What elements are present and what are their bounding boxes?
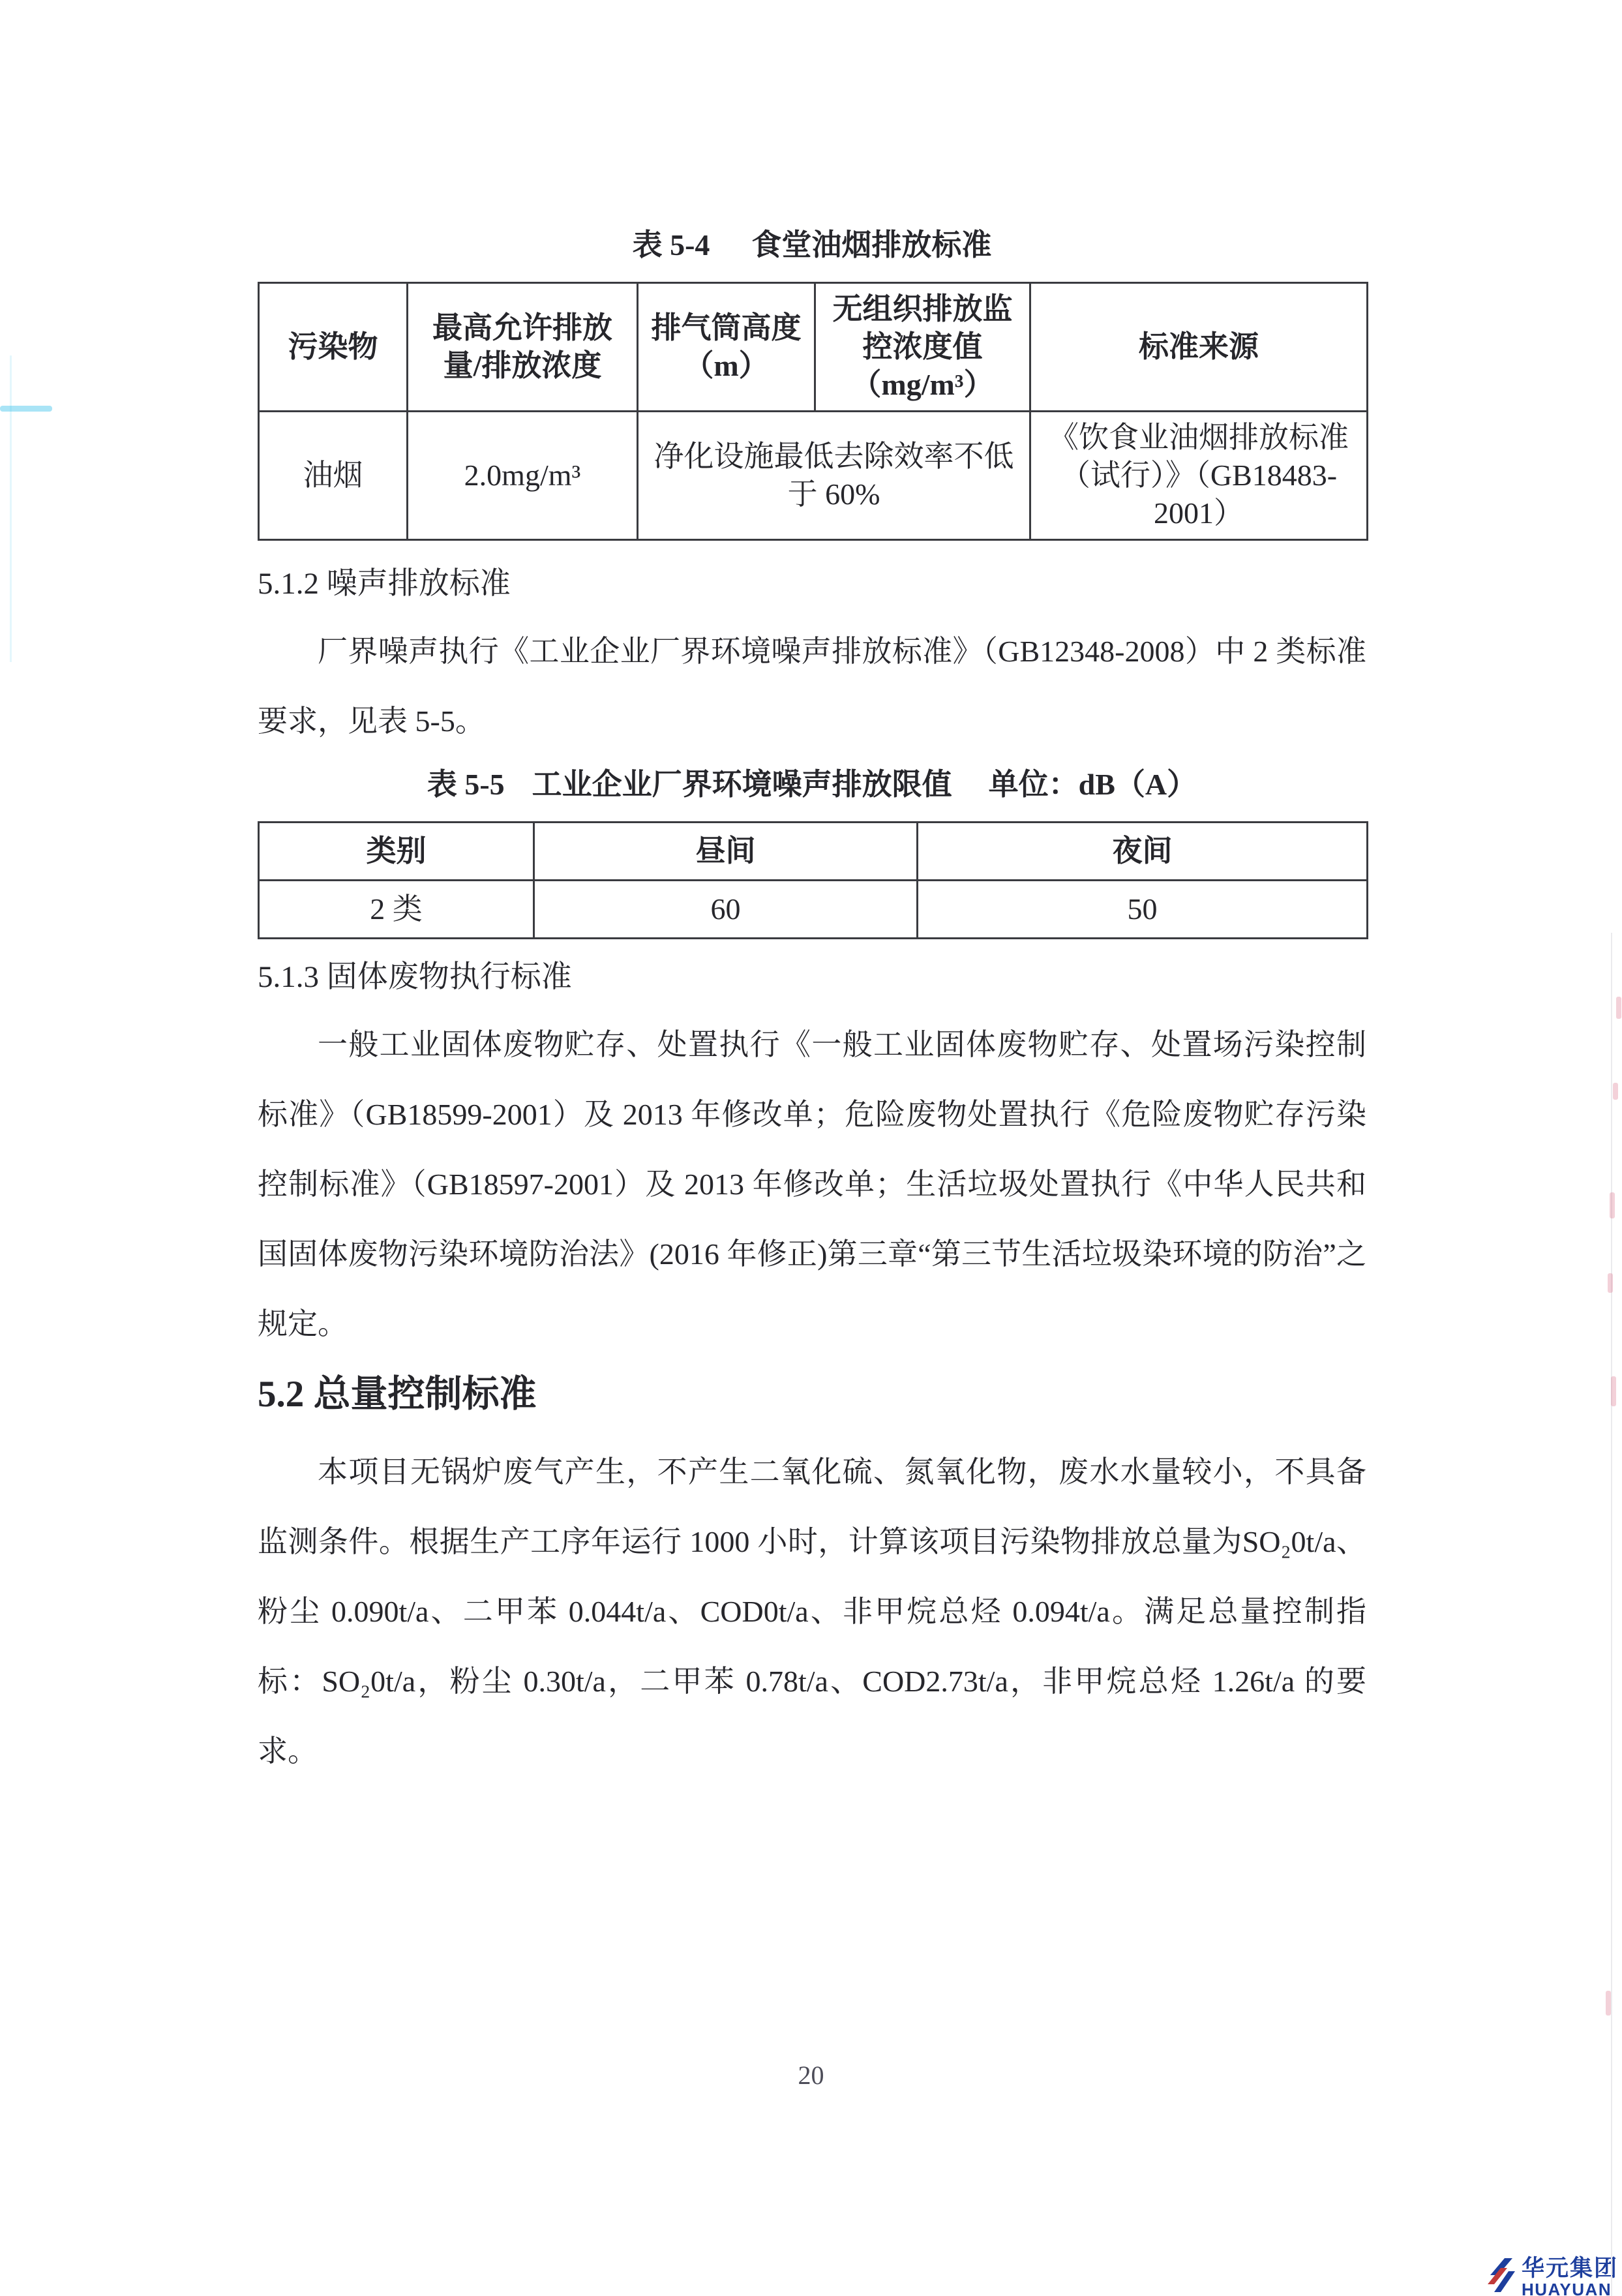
huayuan-logo: 华元集团 HUAYUAN: [1486, 2257, 1618, 2296]
table-5-4-cell-max-emission: 2.0mg/m³: [408, 412, 638, 540]
document-page: 表 5-4食堂油烟排放标准 污染物 最高允许排放量/排放浓度 排气筒高度（m） …: [0, 0, 1622, 2296]
table-5-5: 类别 昼间 夜间 2 类 60 50: [258, 821, 1368, 939]
table-5-4-header-source: 标准来源: [1030, 283, 1368, 412]
heading-5-2: 5.2 总量控制标准: [258, 1369, 1366, 1420]
paragraph-total-control: 本项目无锅炉废气产生，不产生二氧化硫、氮氧化物，废水水量较小，不具备监测条件。根…: [258, 1437, 1366, 1786]
scan-artifact-pink: [1606, 1991, 1611, 2016]
document-content: 表 5-4食堂油烟排放标准 污染物 最高允许排放量/排放浓度 排气筒高度（m） …: [258, 227, 1366, 1796]
table-5-5-caption-unit: 单位：dB（A）: [989, 768, 1197, 801]
scan-artifact-edge-line: [1611, 933, 1612, 2296]
table-5-4: 污染物 最高允许排放量/排放浓度 排气筒高度（m） 无组织排放监控浓度值（mg/…: [258, 282, 1368, 541]
table-5-4-caption: 表 5-4食堂油烟排放标准: [258, 227, 1366, 264]
scan-artifact-pink: [1616, 997, 1621, 1019]
table-5-5-caption: 表 5-5工业企业厂界环境噪声排放限值单位：dB（A）: [258, 766, 1366, 803]
table-5-5-cell-daytime: 60: [534, 881, 918, 939]
table-row: 油烟 2.0mg/m³ 净化设施最低去除效率不低于 60% 《饮食业油烟排放标准…: [259, 412, 1368, 540]
table-5-4-caption-label: 表 5-4: [633, 228, 710, 262]
table-5-4-header-stack-height: 排气筒高度（m）: [638, 283, 815, 412]
table-5-5-header-night: 夜间: [918, 823, 1368, 881]
huayuan-logo-icon: [1486, 2258, 1516, 2292]
scan-artifact-cyan-line: [10, 355, 12, 662]
scan-artifact-cyan-tick: [0, 406, 52, 412]
table-5-4-header-pollutant: 污染物: [259, 283, 408, 412]
table-5-5-header-row: 类别 昼间 夜间: [259, 823, 1368, 881]
table-5-5-caption-label: 表 5-5: [427, 768, 505, 801]
table-5-5-caption-title: 工业企业厂界环境噪声排放限值: [532, 768, 952, 801]
scan-artifact-pink: [1611, 1376, 1616, 1406]
paragraph-noise-standard: 厂界噪声执行《工业企业厂界环境噪声排放标准》（GB12348-2008）中 2 …: [258, 616, 1366, 756]
table-5-4-header-fugitive: 无组织排放监控浓度值（mg/m³）: [815, 283, 1030, 412]
heading-5-1-3: 5.1.3 固体废物执行标准: [258, 956, 1366, 998]
table-5-4-cell-treatment: 净化设施最低去除效率不低于 60%: [638, 412, 1030, 540]
table-5-4-header-max-emission: 最高允许排放量/排放浓度: [408, 283, 638, 412]
table-5-5-cell-category: 2 类: [259, 881, 534, 939]
table-row: 2 类 60 50: [259, 881, 1368, 939]
heading-5-1-2: 5.1.2 噪声排放标准: [258, 563, 1366, 605]
huayuan-logo-text: 华元集团 HUAYUAN: [1522, 2257, 1618, 2296]
table-5-5-cell-night: 50: [918, 881, 1368, 939]
table-5-4-cell-pollutant: 油烟: [259, 412, 408, 540]
paragraph-solid-waste: 一般工业固体废物贮存、处置执行《一般工业固体废物贮存、处置场污染控制标准》（GB…: [258, 1010, 1366, 1359]
scan-artifact-pink: [1613, 1083, 1618, 1100]
table-5-4-caption-title: 食堂油烟排放标准: [751, 228, 991, 262]
page-number: 20: [0, 2060, 1622, 2091]
table-5-4-cell-source: 《饮食业油烟排放标准（试行）》（GB18483-2001）: [1030, 412, 1368, 540]
huayuan-logo-en: HUAYUAN: [1522, 2281, 1618, 2296]
table-5-4-header-row: 污染物 最高允许排放量/排放浓度 排气筒高度（m） 无组织排放监控浓度值（mg/…: [259, 283, 1368, 412]
scan-artifact-pink: [1608, 1273, 1613, 1293]
table-5-5-header-daytime: 昼间: [534, 823, 918, 881]
scan-artifact-pink: [1610, 1192, 1615, 1218]
table-5-5-header-category: 类别: [259, 823, 534, 881]
huayuan-logo-cn: 华元集团: [1522, 2257, 1618, 2280]
